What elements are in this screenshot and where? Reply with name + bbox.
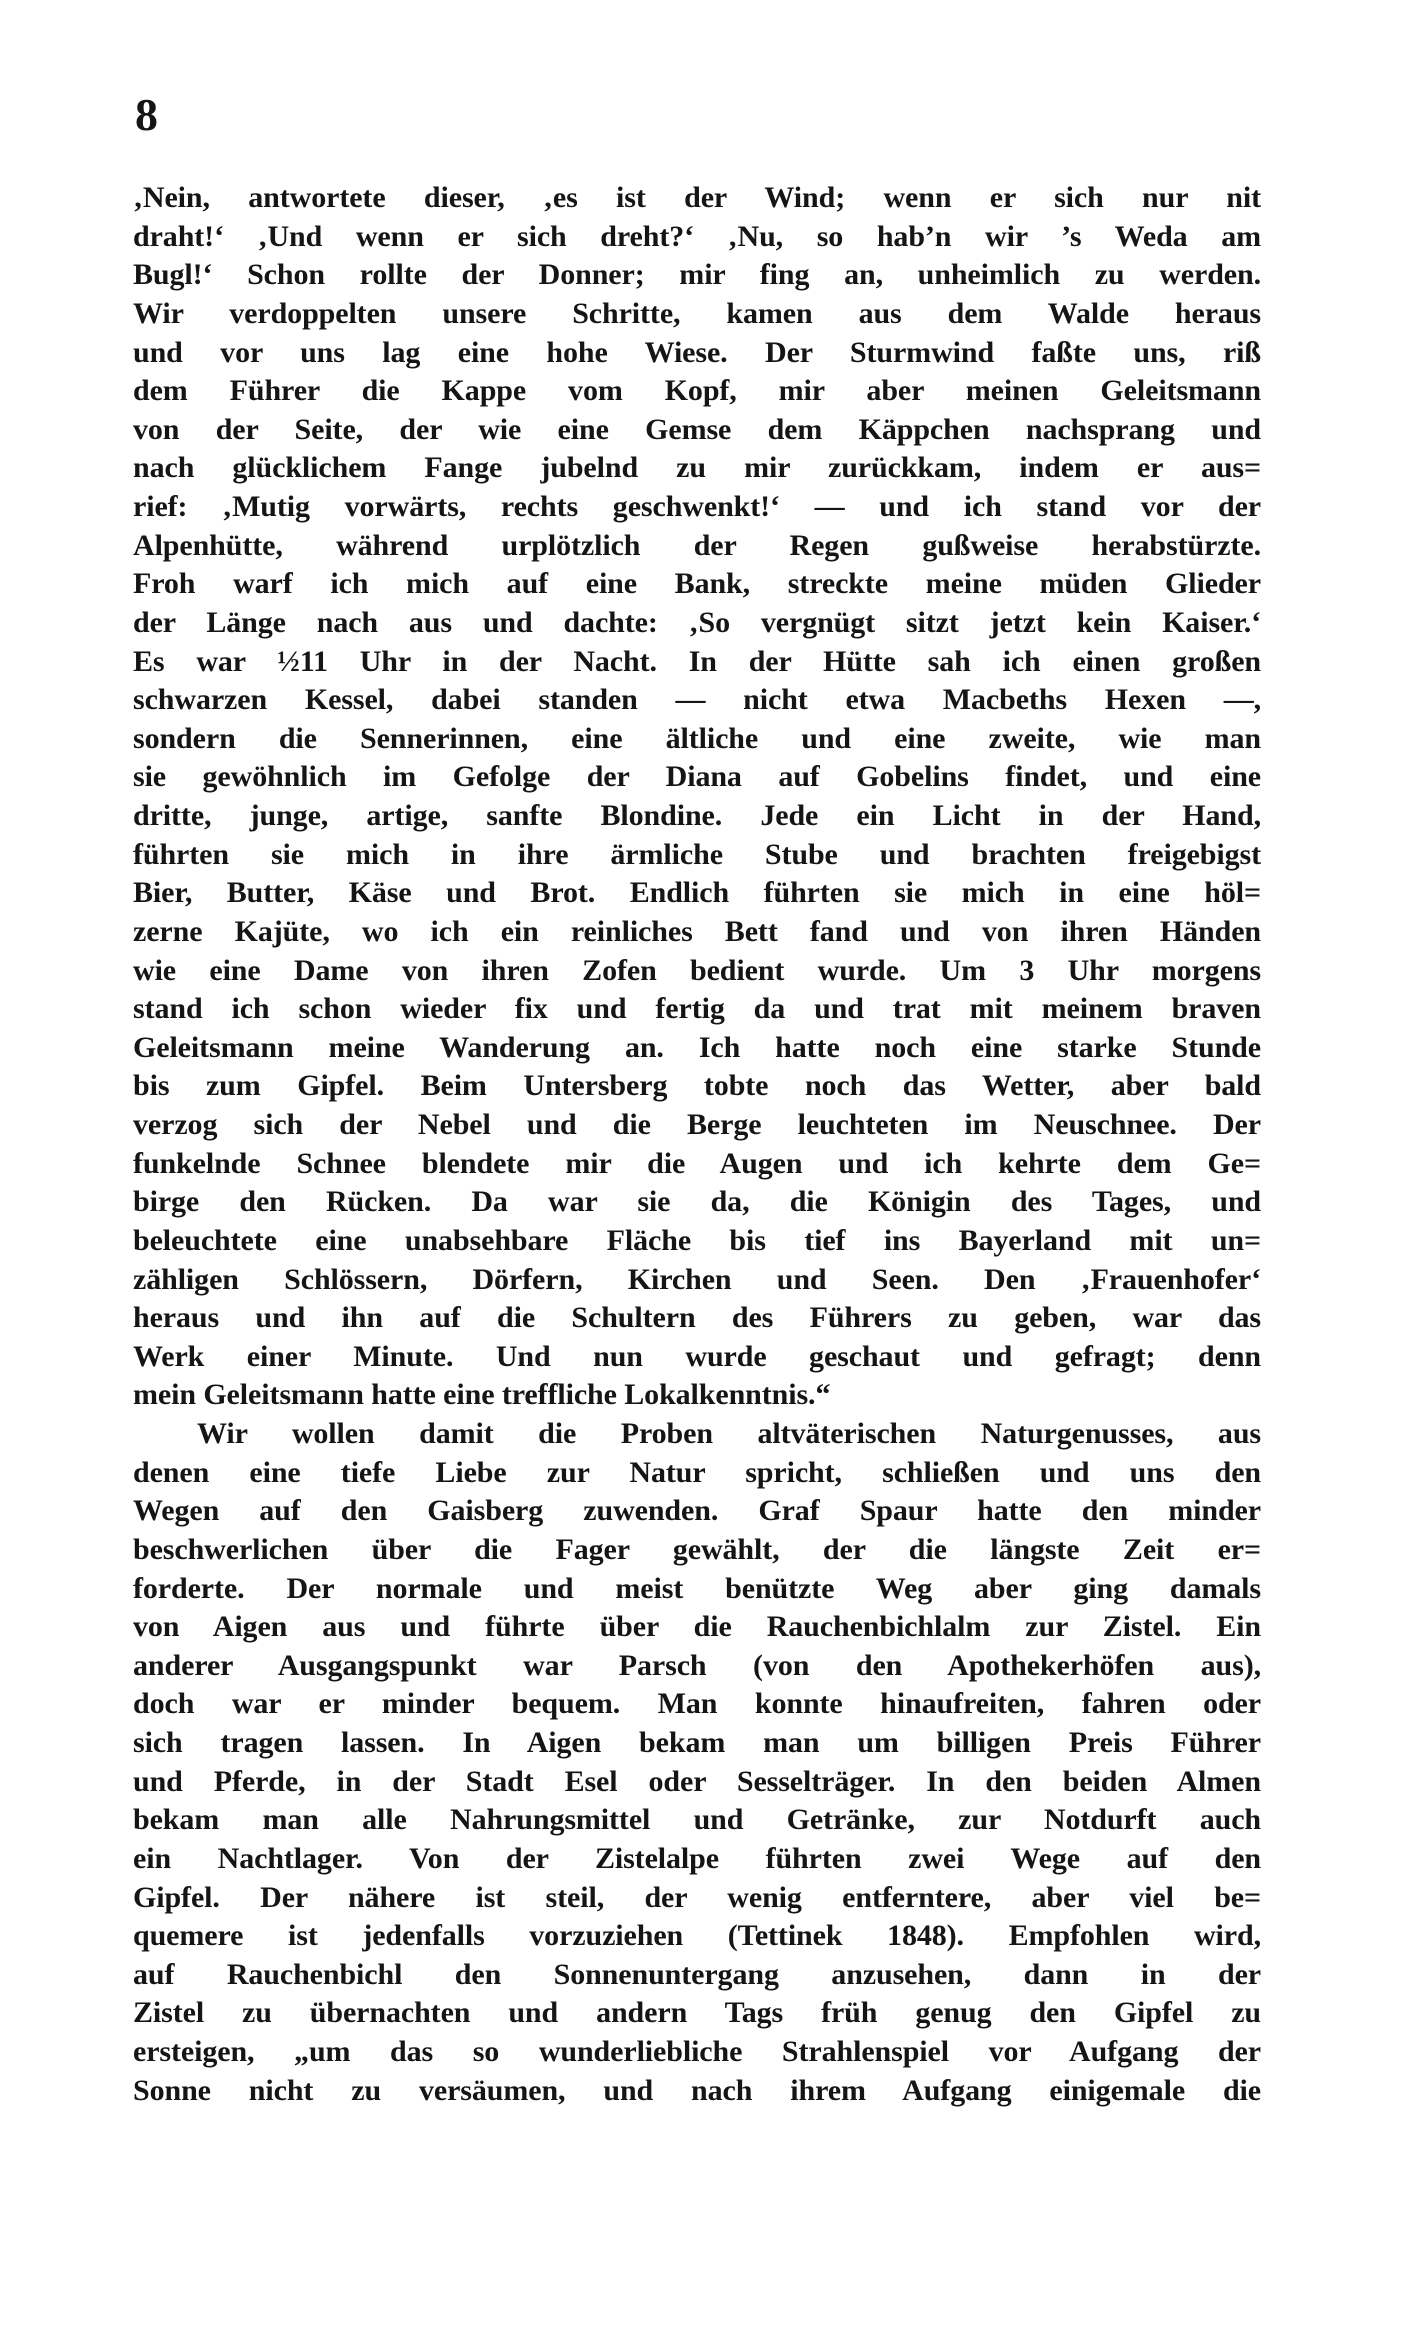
text-line: Bier, Butter, Käse und Brot. Endlich füh… (133, 874, 1261, 913)
body-text: ‚Nein, antwortete dieser, ‚es ist der Wi… (133, 179, 1261, 2110)
text-line: bis zum Gipfel. Beim Untersberg tobte no… (133, 1067, 1261, 1106)
text-line: nach glücklichem Fange jubelnd zu mir zu… (133, 449, 1261, 488)
text-line: beleuchtete eine unabsehbare Fläche bis … (133, 1222, 1261, 1261)
text-line: ‚Nein, antwortete dieser, ‚es ist der Wi… (133, 179, 1261, 218)
text-line-paragraph-start: Wir wollen damit die Proben altväterisch… (133, 1415, 1261, 1454)
text-line: von Aigen aus und führte über die Rauche… (133, 1608, 1261, 1647)
text-line: Sonne nicht zu versäumen, und nach ihrem… (133, 2072, 1261, 2111)
text-line: verzog sich der Nebel und die Berge leuc… (133, 1106, 1261, 1145)
text-line: sich tragen lassen. In Aigen bekam man u… (133, 1724, 1261, 1763)
text-line: heraus und ihn auf die Schultern des Füh… (133, 1299, 1261, 1338)
text-line: bekam man alle Nahrungsmittel und Geträn… (133, 1801, 1261, 1840)
text-line: beschwerlichen über die Fager gewählt, d… (133, 1531, 1261, 1570)
text-line: führten sie mich in ihre ärmliche Stube … (133, 836, 1261, 875)
text-line: zähligen Schlössern, Dörfern, Kirchen un… (133, 1261, 1261, 1300)
text-line: stand ich schon wieder fix und fertig da… (133, 990, 1261, 1029)
text-line: Bugl!‘ Schon rollte der Donner; mir fing… (133, 256, 1261, 295)
text-line: Wir verdoppelten unsere Schritte, kamen … (133, 295, 1261, 334)
text-line: quemere ist jedenfalls vorzuziehen (Tett… (133, 1917, 1261, 1956)
text-line: von der Seite, der wie eine Gemse dem Kä… (133, 411, 1261, 450)
text-line: forderte. Der normale und meist benützte… (133, 1570, 1261, 1609)
page-number: 8 (135, 92, 158, 138)
text-line: doch war er minder bequem. Man konnte hi… (133, 1685, 1261, 1724)
text-line: ersteigen, „um das so wunderliebliche St… (133, 2033, 1261, 2072)
text-line: draht!‘ ‚Und wenn er sich dreht?‘ ‚Nu, s… (133, 218, 1261, 257)
text-line: Zistel zu übernachten und andern Tags fr… (133, 1994, 1261, 2033)
text-line: Gipfel. Der nähere ist steil, der wenig … (133, 1879, 1261, 1918)
text-line: sie gewöhnlich im Gefolge der Diana auf … (133, 758, 1261, 797)
book-page: 8 ‚Nein, antwortete dieser, ‚es ist der … (0, 0, 1403, 2340)
text-line: Es war ½11 Uhr in der Nacht. In der Hütt… (133, 643, 1261, 682)
text-line: ein Nachtlager. Von der Zistelalpe führt… (133, 1840, 1261, 1879)
text-line: sondern die Sennerinnen, eine ältliche u… (133, 720, 1261, 759)
text-line: Froh warf ich mich auf eine Bank, streck… (133, 565, 1261, 604)
text-line: zerne Kajüte, wo ich ein reinliches Bett… (133, 913, 1261, 952)
text-line-paragraph-end: mein Geleitsmann hatte eine treffliche L… (133, 1376, 1261, 1415)
text-line: und Pferde, in der Stadt Esel oder Sesse… (133, 1763, 1261, 1802)
text-line: denen eine tiefe Liebe zur Natur spricht… (133, 1454, 1261, 1493)
text-line: funkelnde Schnee blendete mir die Augen … (133, 1145, 1261, 1184)
text-line: Geleitsmann meine Wanderung an. Ich hatt… (133, 1029, 1261, 1068)
text-line: Wegen auf den Gaisberg zuwenden. Graf Sp… (133, 1492, 1261, 1531)
text-line: der Länge nach aus und dachte: ‚So vergn… (133, 604, 1261, 643)
text-line: auf Rauchenbichl den Sonnenuntergang anz… (133, 1956, 1261, 1995)
text-line: anderer Ausgangspunkt war Parsch (von de… (133, 1647, 1261, 1686)
text-line: Werk einer Minute. Und nun wurde geschau… (133, 1338, 1261, 1377)
text-line: dritte, junge, artige, sanfte Blondine. … (133, 797, 1261, 836)
text-line: schwarzen Kessel, dabei standen — nicht … (133, 681, 1261, 720)
text-line: rief: ‚Mutig vorwärts, rechts geschwenkt… (133, 488, 1261, 527)
text-line: und vor uns lag eine hohe Wiese. Der Stu… (133, 334, 1261, 373)
text-line: Alpenhütte, während urplötzlich der Rege… (133, 527, 1261, 566)
text-line: dem Führer die Kappe vom Kopf, mir aber … (133, 372, 1261, 411)
text-line: wie eine Dame von ihren Zofen bedient wu… (133, 952, 1261, 991)
text-line: birge den Rücken. Da war sie da, die Kön… (133, 1183, 1261, 1222)
